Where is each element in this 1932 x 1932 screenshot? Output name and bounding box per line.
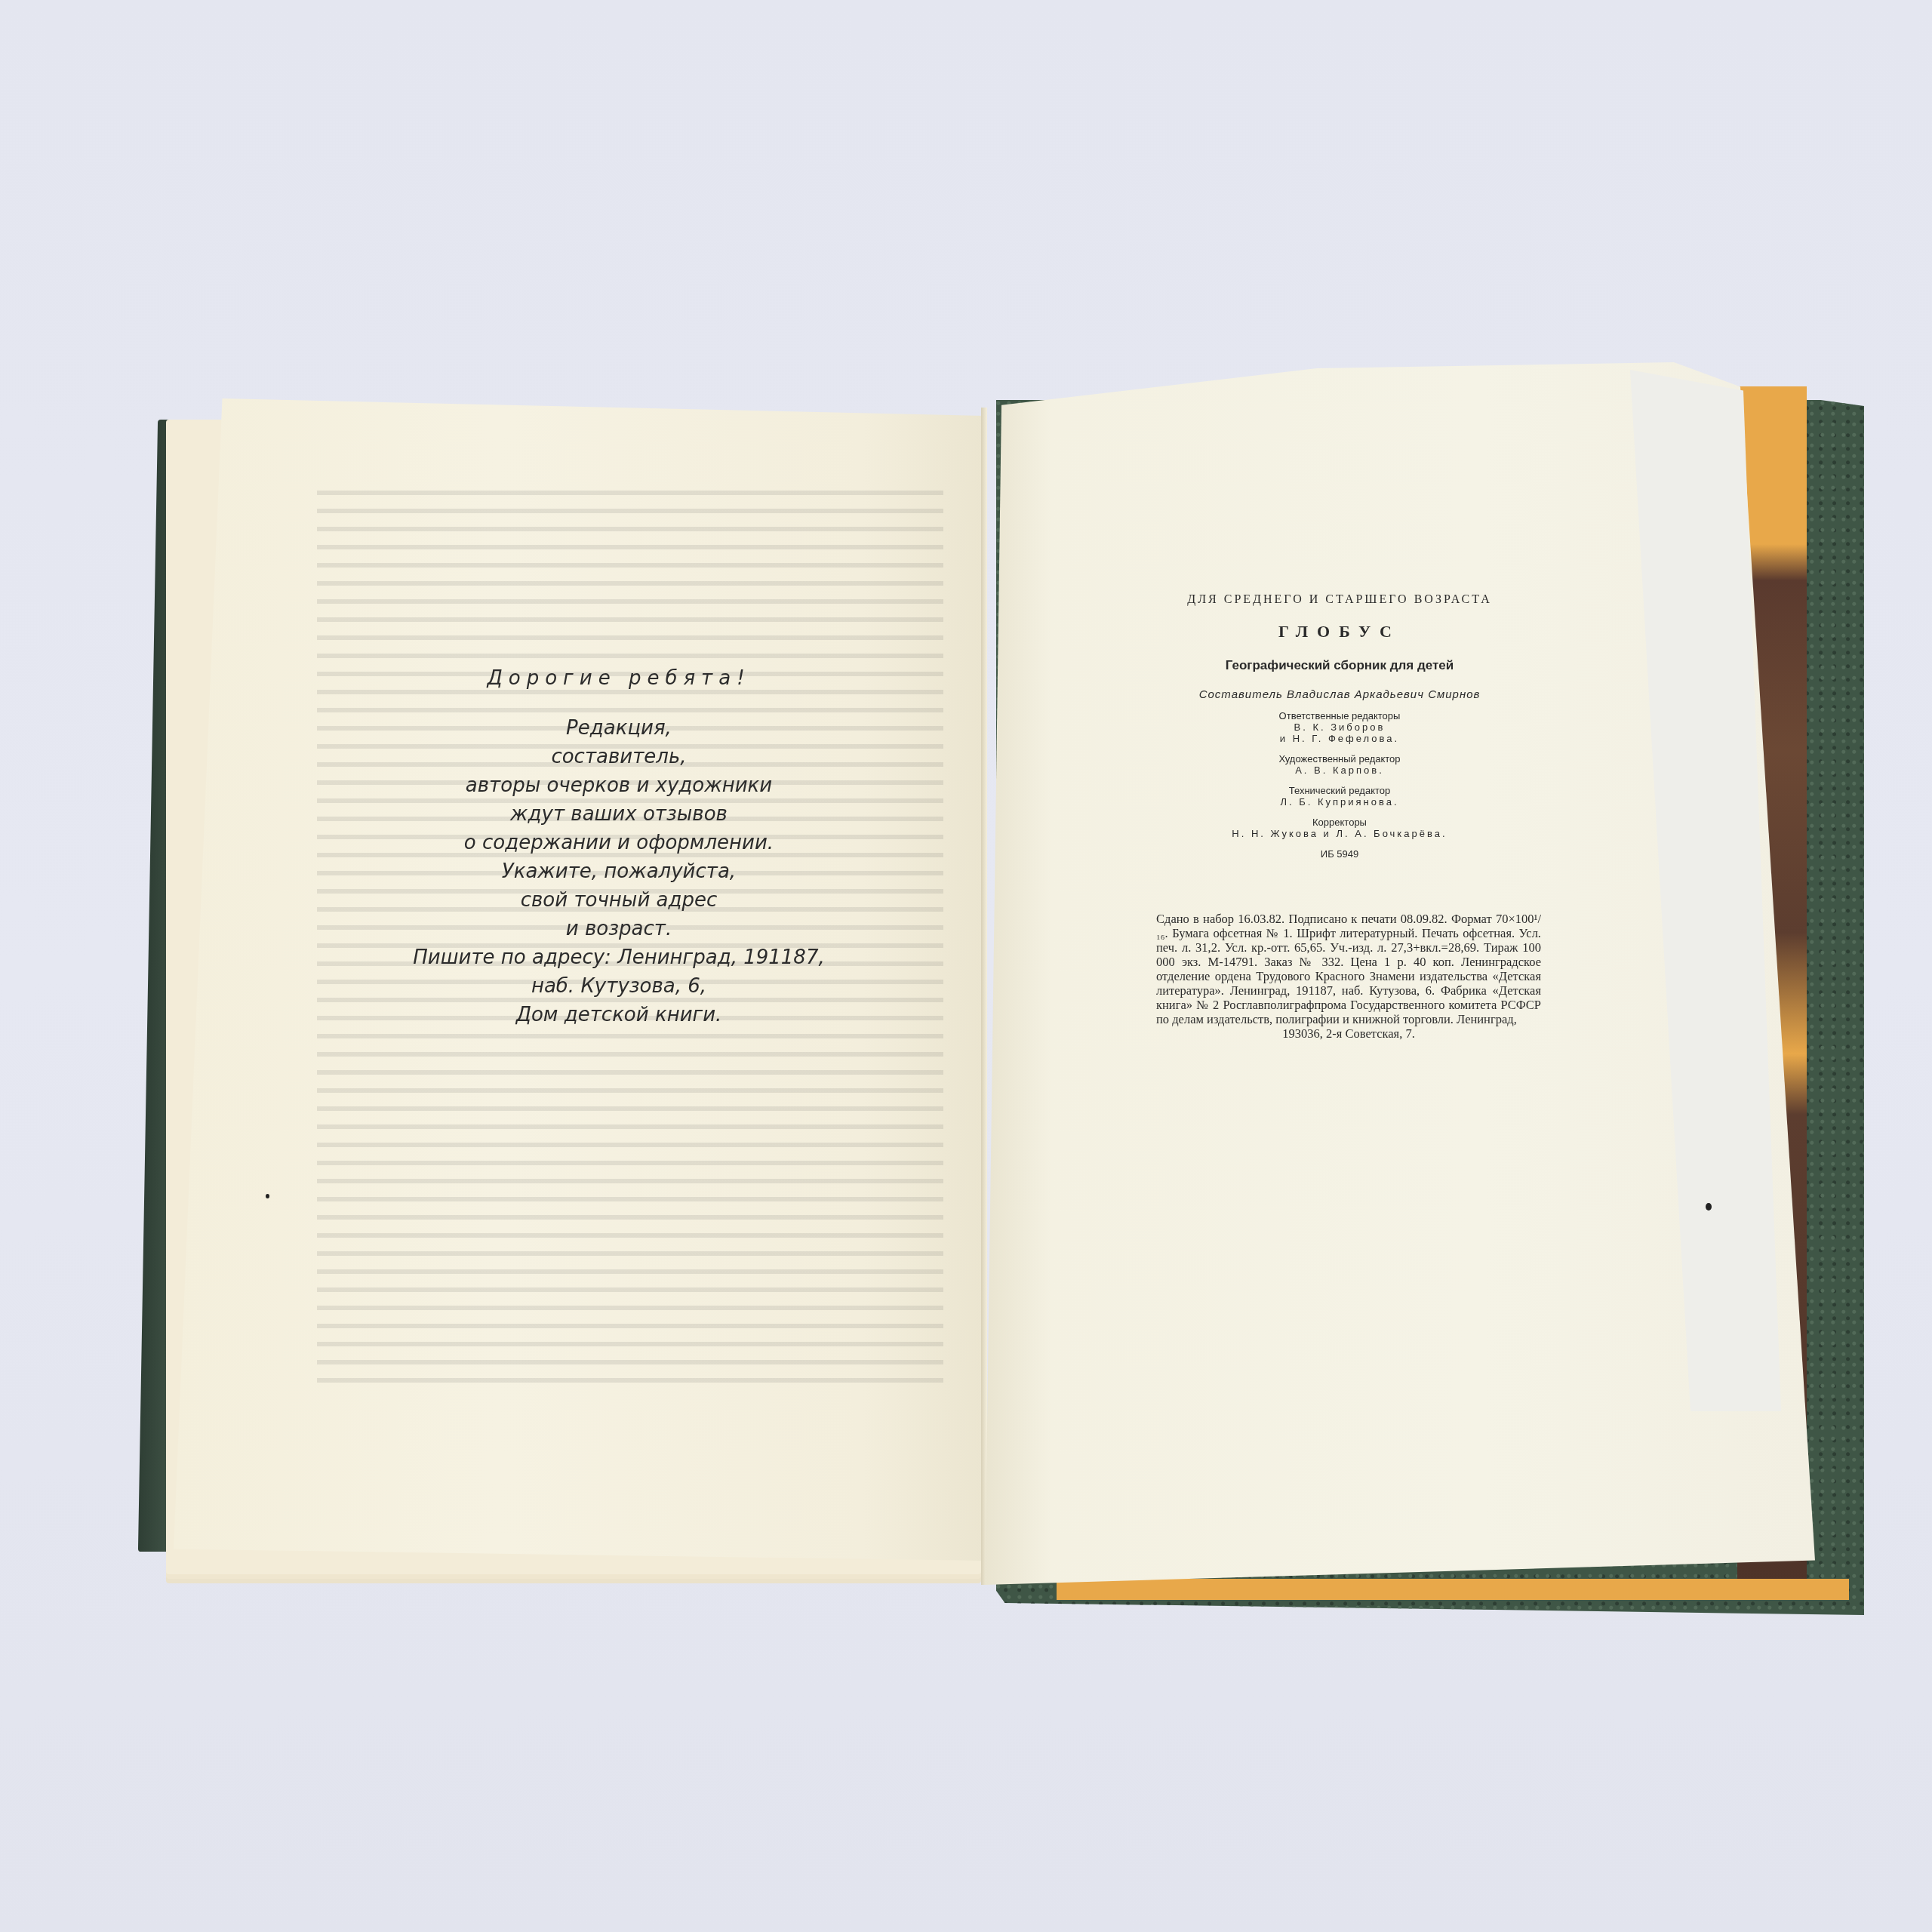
cover-illustration-bottom-edge [1057, 1579, 1849, 1600]
imprint-text: Сдано в набор 16.03.82. Подписано к печа… [1156, 912, 1541, 1026]
ib-number: ИБ 5949 [1140, 848, 1540, 860]
letter-greeting: Дорогие ребята! [362, 664, 875, 693]
book-title: ГЛОБУС [1140, 622, 1540, 641]
age-group: Для среднего и старшего возраста [1140, 593, 1540, 607]
credit-name: и Н. Г. Фефелова. [1140, 733, 1540, 744]
letter-line: свой точный адрес [362, 886, 875, 915]
reader-letter: Дорогие ребята! Редакция, составитель, а… [362, 664, 875, 1029]
credit-role: Художественный редактор [1140, 753, 1540, 764]
credit-name: Л. Б. Куприянова. [1140, 796, 1540, 808]
imprint-address: 193036, 2-я Советская, 7. [1156, 1026, 1541, 1041]
credit-role: Ответственные редакторы [1140, 710, 1540, 721]
credit-name: Н. Н. Жукова и Л. А. Бочкарёва. [1140, 828, 1540, 839]
colophon: Для среднего и старшего возраста ГЛОБУС … [1140, 593, 1540, 860]
letter-line: ждут ваших отзывов [362, 800, 875, 829]
ink-speck [1706, 1203, 1712, 1211]
letter-line: Пишите по адресу: Ленинград, 191187, [362, 943, 875, 972]
letter-line: авторы очерков и художники [362, 771, 875, 800]
letter-line: Укажите, пожалуйста, [362, 857, 875, 886]
letter-line: Дом детской книги. [362, 1001, 875, 1029]
book-gutter [981, 408, 987, 1585]
credit-name: В. К. Зиборов [1140, 721, 1540, 733]
imprint-block: Сдано в набор 16.03.82. Подписано к печа… [1156, 912, 1541, 1041]
credit-role: Корректоры [1140, 817, 1540, 828]
book-subtitle: Географический сборник для детей [1140, 658, 1540, 673]
letter-line: составитель, [362, 743, 875, 771]
credit-role: Технический редактор [1140, 785, 1540, 796]
credit-name: А. В. Карпов. [1140, 764, 1540, 776]
letter-line: наб. Кутузова, 6, [362, 972, 875, 1001]
compiler: Составитель Владислав Аркадьевич Смирнов [1140, 688, 1540, 701]
ink-speck [266, 1194, 269, 1198]
letter-line: и возраст. [362, 915, 875, 943]
letter-line: Редакция, [362, 714, 875, 743]
letter-line: о содержании и оформлении. [362, 829, 875, 857]
